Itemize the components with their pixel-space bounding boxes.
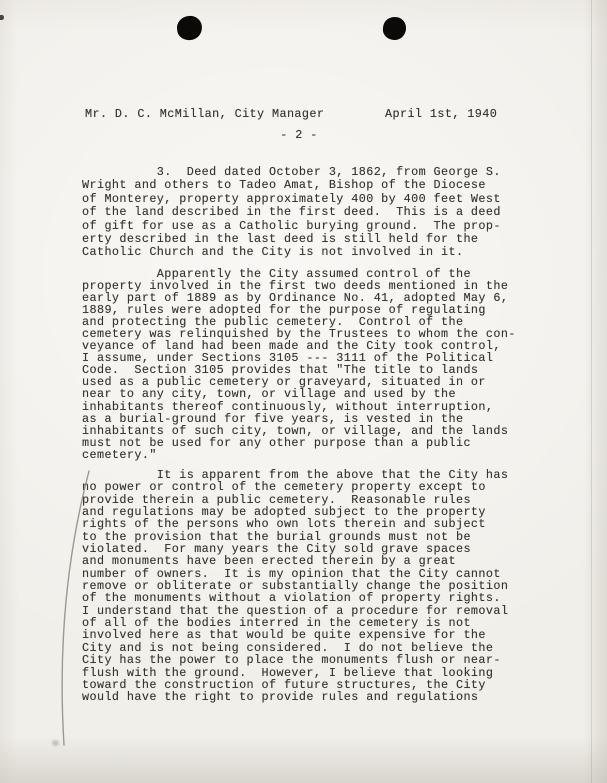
paragraph-legal-opinion: It is apparent from the above that the C…: [82, 469, 508, 704]
hole-punch-right: [382, 16, 407, 41]
hole-punch-left: [175, 14, 203, 41]
paragraph-deed-description: 3. Deed dated October 3, 1862, from Geor…: [82, 166, 501, 260]
scanned-letter-page: Mr. D. C. McMillan, City Manager April 1…: [0, 0, 607, 783]
scan-artifact-speck: [0, 15, 4, 20]
header-date: April 1st, 1940: [385, 107, 497, 121]
page-number: - 2 -: [82, 128, 516, 142]
paragraph-city-control: Apparently the City assumed control of t…: [82, 268, 516, 461]
scan-artifact-smudge: [52, 740, 59, 746]
header-recipient: Mr. D. C. McMillan, City Manager: [85, 107, 324, 121]
